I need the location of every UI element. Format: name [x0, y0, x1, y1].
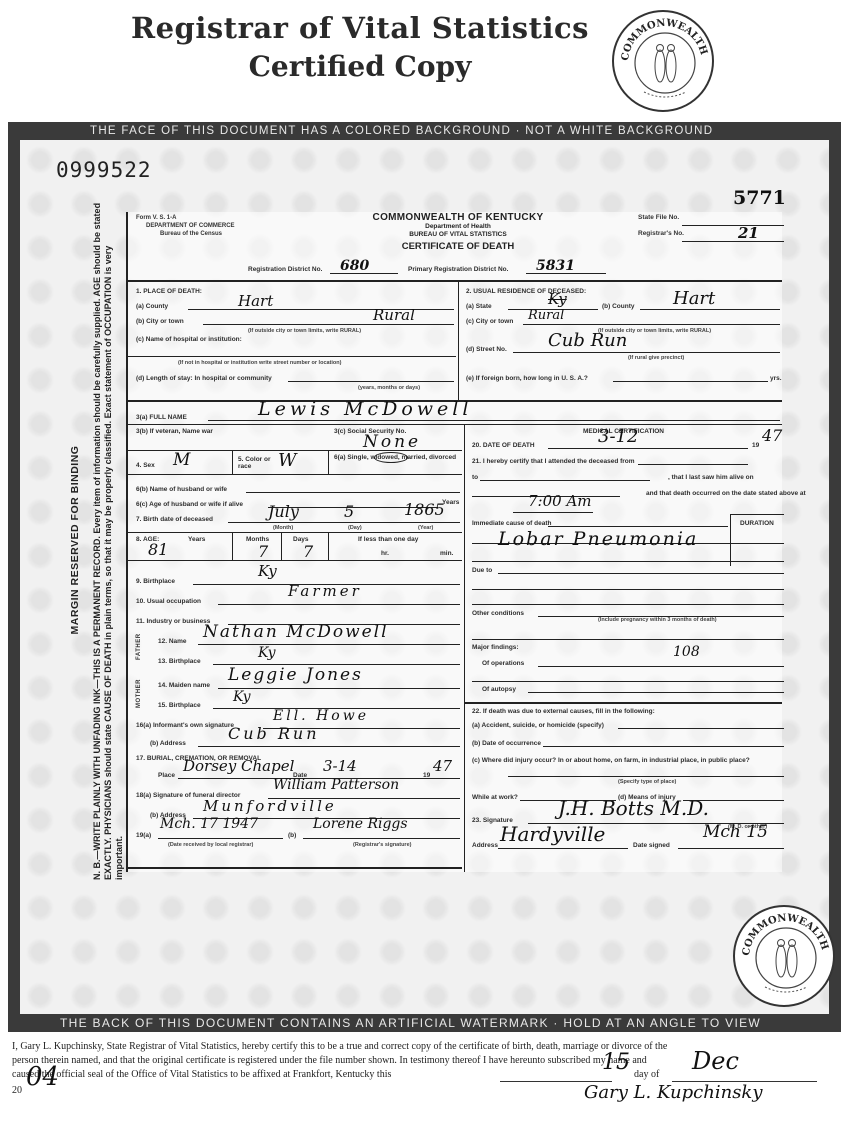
funeral-address: Munfordville [203, 797, 337, 815]
father-name: Nathan McDowell [203, 622, 389, 642]
registrar-number: 21 [738, 224, 759, 242]
header-title: Registrar of Vital Statistics [100, 12, 620, 45]
mother-birthplace: Ky [233, 689, 250, 705]
social-security: None [363, 432, 421, 452]
state-name: COMMONWEALTH OF KENTUCKY [318, 212, 598, 223]
race: W [278, 450, 297, 471]
death-city: Rural [373, 306, 415, 324]
date-signed: Mch 15 [703, 822, 768, 842]
certificate-heading: COMMONWEALTH OF KENTUCKY Department of H… [318, 212, 598, 252]
registrar-header: Registrar of Vital Statistics Certified … [100, 12, 620, 84]
age-months: 7 [258, 542, 268, 561]
death-certificate: 5771 Form V. S. 1-A DEPARTMENT OF COMMER… [126, 212, 782, 872]
residence-heading: 2. USUAL RESIDENCE OF DECEASED: [466, 288, 586, 295]
age-days: 7 [303, 542, 313, 561]
certification-year: 04 [26, 1070, 59, 1084]
certification-day: 15 [602, 1056, 630, 1070]
state-registrar-signature: Gary L. Kupchinsky [584, 1086, 763, 1100]
registration-district: 680 [340, 258, 369, 274]
burial-place: Dorsey Chapel [183, 757, 294, 775]
seal-icon: COMMONWEALTH OF KENTUCKY [614, 12, 716, 114]
father-birthplace: Ky [258, 645, 275, 661]
seal-icon: COMMONWEALTH OF KENTUCKY [735, 907, 837, 1009]
primary-district: 5831 [536, 258, 575, 274]
residence-county: Hart [673, 288, 715, 309]
date-of-death: 3-12 [598, 426, 638, 447]
banner-colored-background: THE FACE OF THIS DOCUMENT HAS A COLORED … [90, 122, 713, 140]
death-county: Hart [238, 292, 273, 310]
residence-state: Ky [548, 290, 567, 308]
mother-maiden-name: Leggie Jones [228, 665, 363, 685]
kentucky-seal-bottom: COMMONWEALTH OF KENTUCKY [733, 905, 835, 1007]
birth-year: 1865 [404, 500, 445, 519]
certification-month: Dec [692, 1054, 739, 1068]
funeral-director: William Patterson [273, 777, 399, 793]
birthplace: Ky [258, 562, 277, 580]
banner-watermark: THE BACK OF THIS DOCUMENT CONTAINS AN AR… [60, 1014, 761, 1032]
place-of-death-heading: 1. PLACE OF DEATH: [136, 288, 202, 295]
full-name: Lewis McDowell [258, 398, 472, 420]
file-numbers: State File No. Registrar's No. 21 [638, 212, 784, 244]
registrar-signature: Lorene Riggs [313, 816, 408, 832]
svg-text:COMMONWEALTH OF KENTUCKY: COMMONWEALTH OF KENTUCKY [614, 12, 710, 61]
physician-address: Hardyville [500, 822, 605, 846]
time-of-death: 7:00 Am [528, 492, 592, 510]
form-identifier: Form V. S. 1-A DEPARTMENT OF COMMERCE Bu… [136, 214, 235, 238]
physician-signature: J.H. Botts M.D. [558, 796, 709, 820]
margin-reserved-label: MARGIN RESERVED FOR BINDING [70, 200, 81, 880]
age-years: 81 [148, 540, 168, 559]
informant-address: Cub Run [228, 724, 320, 743]
informant-signature: Ell. Howe [273, 708, 369, 724]
operations-value: 108 [673, 644, 700, 660]
certificate-title: CERTIFICATE OF DEATH [318, 241, 598, 252]
margin-note: N. B.—WRITE PLAINLY WITH UNFADING INK—TH… [92, 200, 125, 880]
registrar-certification: I, Gary L. Kupchinsky, State Registrar o… [12, 1040, 838, 1082]
burial-year: 47 [433, 757, 452, 775]
marital-circle [374, 452, 408, 463]
residence-city: Rural [528, 308, 564, 323]
birth-month: July [268, 502, 299, 521]
sex: M [173, 450, 190, 470]
serial-number: 0999522 [56, 158, 152, 182]
svg-text:COMMONWEALTH OF KENTUCKY: COMMONWEALTH OF KENTUCKY [735, 907, 831, 956]
state-file-number-stamp: 5771 [733, 187, 786, 209]
kentucky-seal-top: COMMONWEALTH OF KENTUCKY [612, 10, 714, 112]
death-year: 47 [762, 426, 782, 445]
birth-day: 5 [344, 502, 354, 521]
residence-street: Cub Run [548, 330, 627, 351]
header-subtitle: Certified Copy [100, 51, 620, 83]
date-received: Mch. 17 1947 [160, 816, 258, 832]
immediate-cause: Lobar Pneumonia [498, 528, 698, 550]
occupation: Farmer [288, 582, 362, 600]
burial-date: 3-14 [323, 757, 357, 775]
